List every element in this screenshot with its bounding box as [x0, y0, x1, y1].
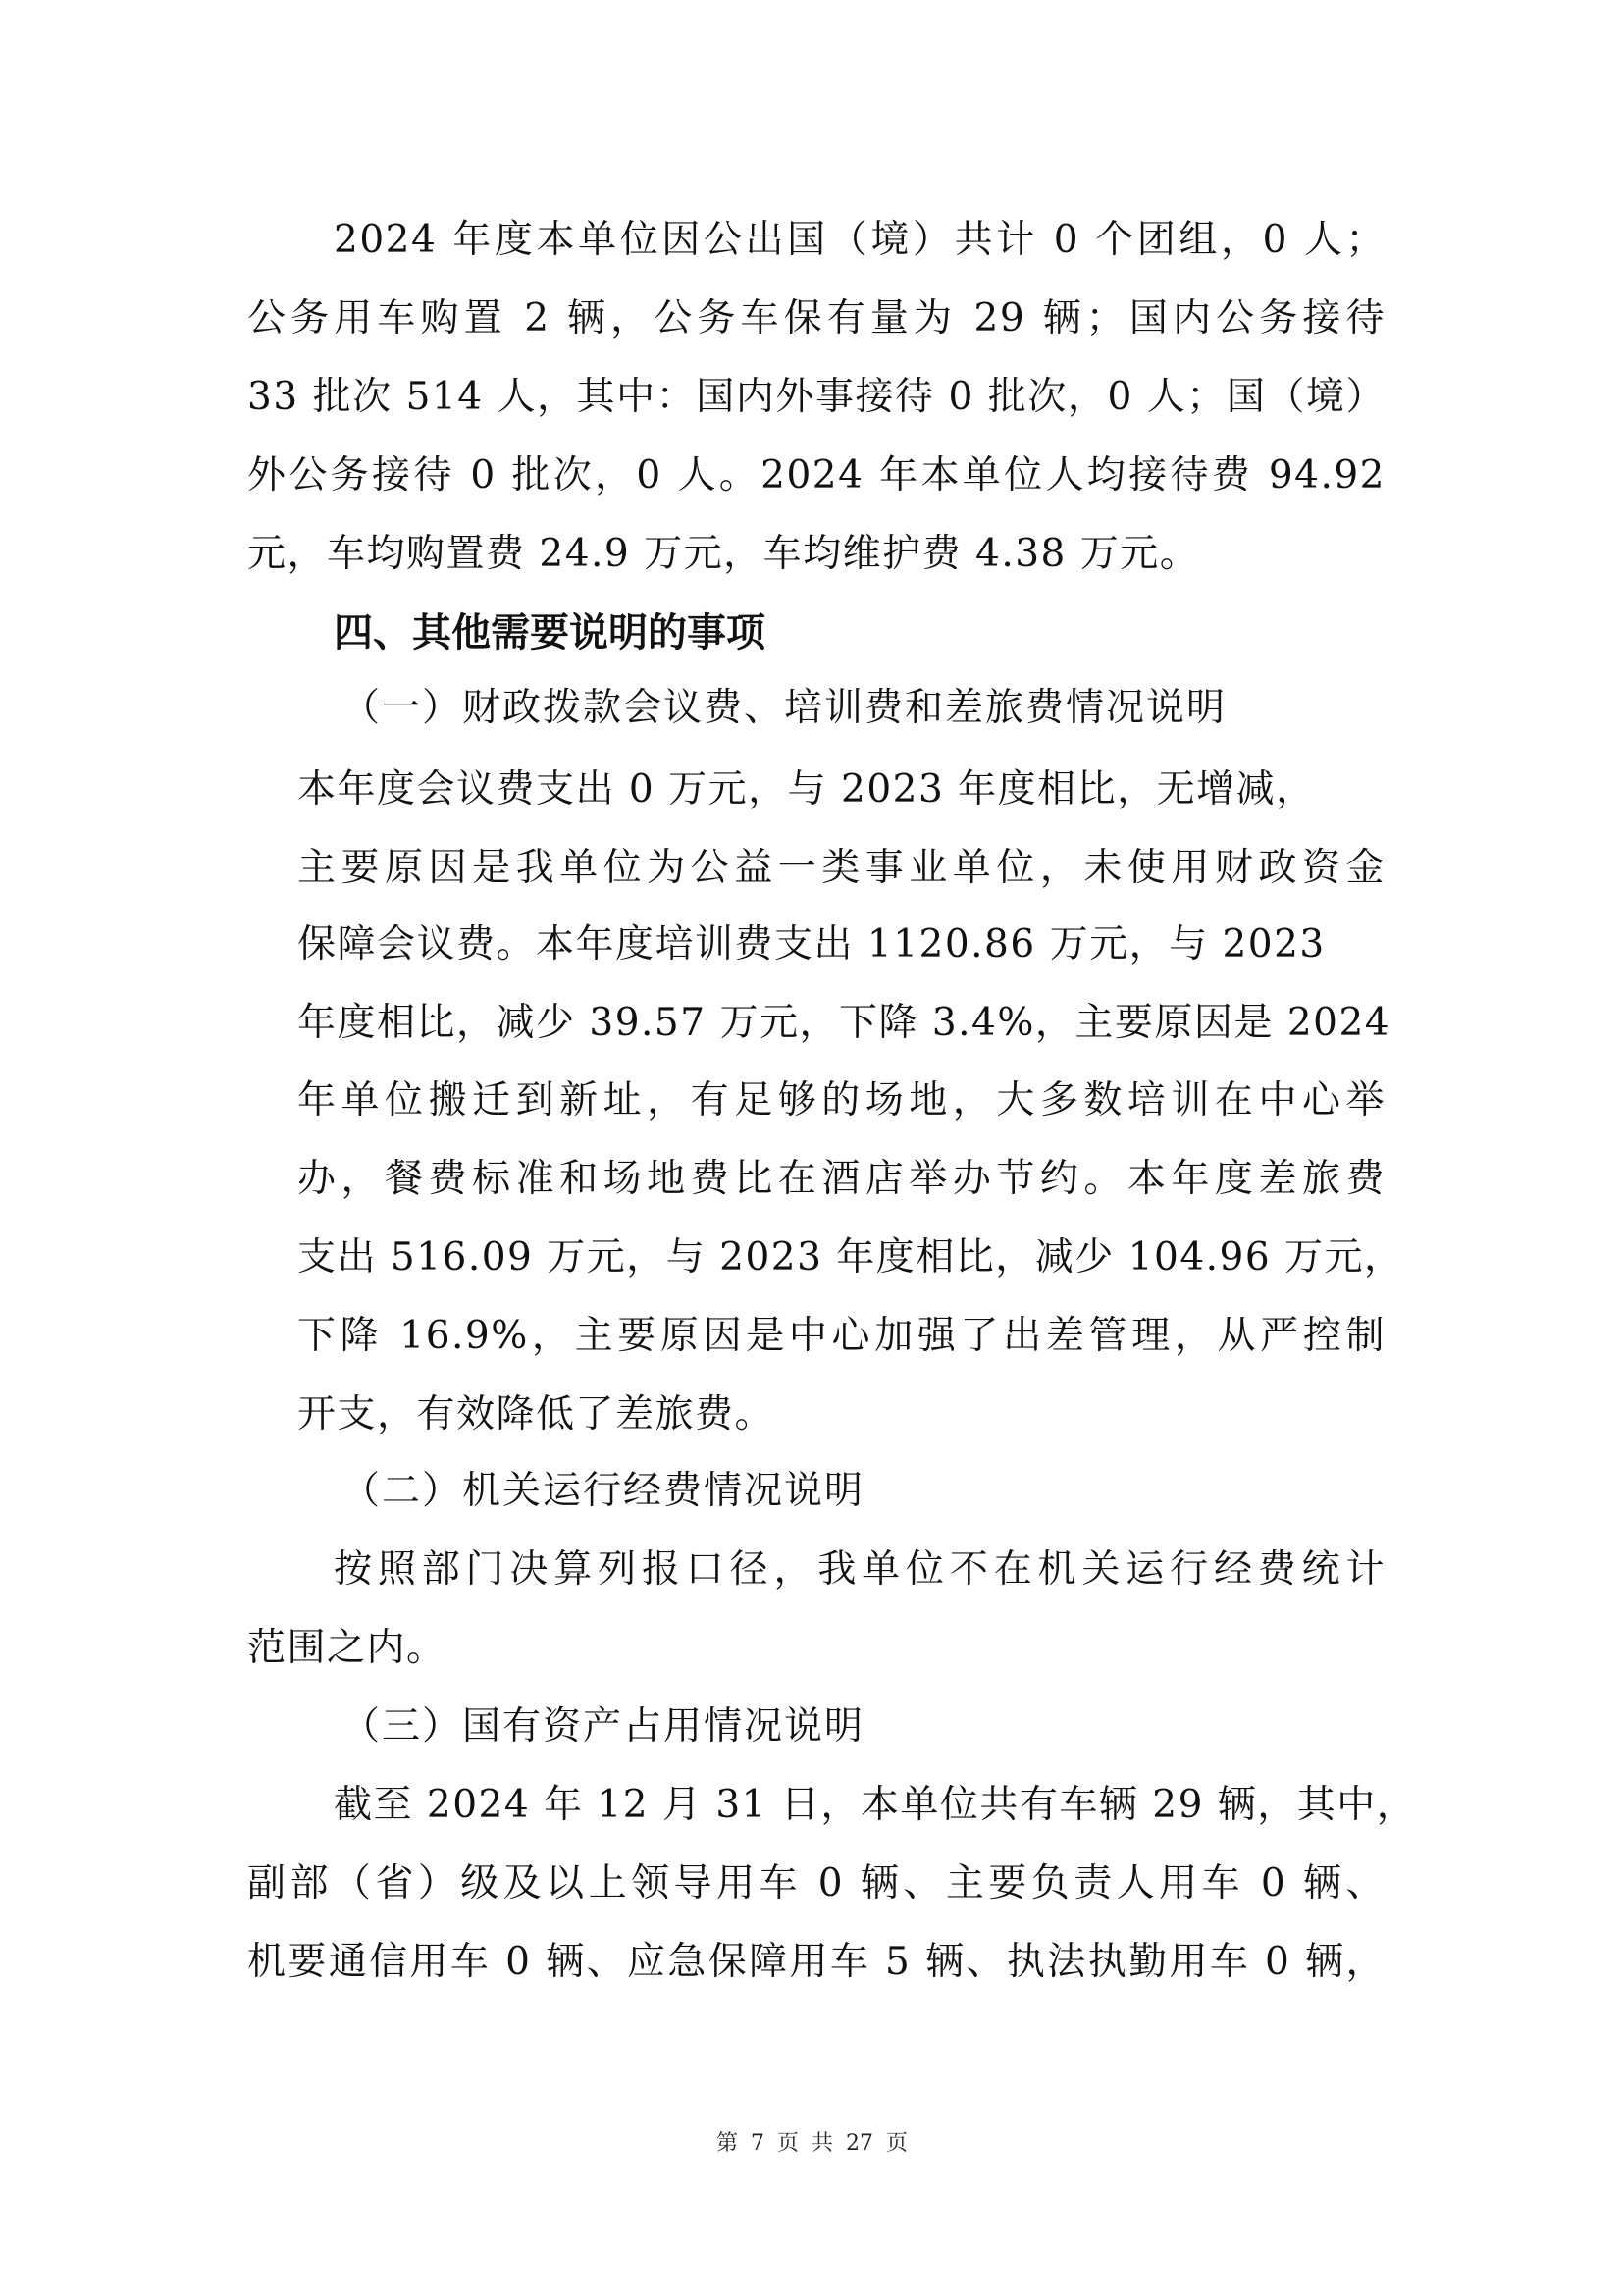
paragraph-line: 33 批次 514 人，其中：国内外事接待 0 批次，0 人；国（境）: [247, 358, 1386, 437]
subsection-heading: （一）财政拨款会议费、培训费和差旅费情况说明: [341, 669, 1480, 748]
paragraph-line: 机要通信用车 0 辆、应急保障用车 5 辆、执法执勤用车 0 辆，: [247, 1923, 1386, 2002]
paragraph-line: 范围之内。: [247, 1609, 1386, 1688]
paragraph-line: 元，车均购置费 24.9 万元，车均维护费 4.38 万元。: [247, 515, 1386, 594]
paragraph-line: 年度相比，减少 39.57 万元，下降 3.4%，主要原因是 2024: [297, 984, 1386, 1063]
paragraph-line: 开支，有效降低了差旅费。: [297, 1376, 1386, 1454]
paragraph-line: 下降 16.9%，主要原因是中心加强了出差管理，从严控制: [297, 1297, 1386, 1376]
document-page: 2024 年度本单位因公出国（境）共计 0 个团组，0 人； 公务用车购置 2 …: [0, 0, 1624, 2295]
paragraph-line: 副部（省）级及以上领导用车 0 辆、主要负责人用车 0 辆、: [247, 1845, 1386, 1923]
paragraph-line: 按照部门决算列报口径，我单位不在机关运行经费统计: [334, 1531, 1386, 1609]
paragraph-line: 截至 2024 年 12 月 31 日，本单位共有车辆 29 辆，其中，: [334, 1766, 1386, 1845]
paragraph-line: 办，餐费标准和场地费比在酒店举办节约。本年度差旅费: [297, 1140, 1386, 1219]
section-heading: 四、其他需要说明的事项: [334, 594, 1472, 672]
paragraph-line: 外公务接待 0 批次，0 人。2024 年本单位人均接待费 94.92: [247, 437, 1386, 515]
paragraph-line: 年单位搬迁到新址，有足够的场地，大多数培训在中心举: [297, 1062, 1386, 1140]
paragraph-line: 支出 516.09 万元，与 2023 年度相比，减少 104.96 万元，: [297, 1219, 1386, 1297]
subsection-heading: （三）国有资产占用情况说明: [341, 1688, 1480, 1766]
paragraph-line: 本年度会议费支出 0 万元，与 2023 年度相比，无增减，: [297, 751, 1288, 829]
paragraph-line: 2024 年度本单位因公出国（境）共计 0 个团组，0 人；: [334, 201, 1386, 280]
paragraph-line: 主要原因是我单位为公益一类事业单位，未使用财政资金: [297, 829, 1386, 908]
page-number-footer: 第 7 页 共 27 页: [0, 2129, 1624, 2159]
paragraph-line: 保障会议费。本年度培训费支出 1120.86 万元，与 2023: [297, 906, 1386, 984]
subsection-heading: （二）机关运行经费情况说明: [341, 1452, 1480, 1531]
paragraph-line: 公务用车购置 2 辆，公务车保有量为 29 辆；国内公务接待: [247, 280, 1386, 358]
